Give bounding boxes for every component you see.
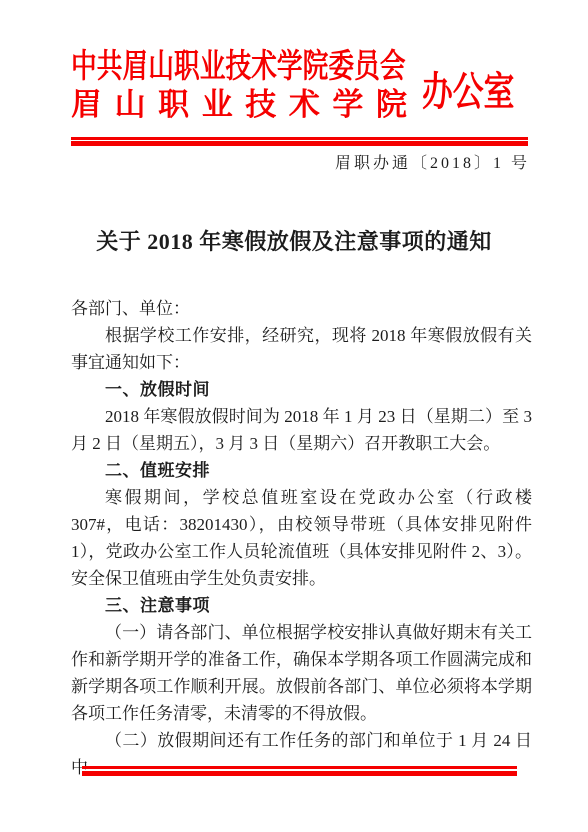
red-rule-top	[71, 137, 528, 146]
intro-paragraph: 根据学校工作安排，经研究，现将 2018 年寒假放假有关事宜通知如下：	[71, 322, 532, 376]
section-2-heading: 二、值班安排	[71, 457, 532, 484]
red-rule-bottom	[82, 766, 517, 776]
doc-title: 关于 2018 年寒假放假及注意事项的通知	[0, 227, 588, 257]
org-name-committee: 中共眉山职业技术学院委员会	[71, 49, 333, 85]
office-label: 办公室	[422, 70, 514, 114]
doc-body: 各部门、单位： 根据学校工作安排，经研究，现将 2018 年寒假放假有关事宜通知…	[71, 295, 532, 781]
red-rule-bottom-thick-stripe	[82, 771, 517, 776]
red-rule-top-thick-stripe	[71, 141, 528, 146]
section-3-heading: 三、注意事项	[71, 592, 532, 619]
doc-number: 眉职办通〔2018〕1 号	[335, 154, 530, 174]
section-1-heading: 一、放假时间	[71, 376, 532, 403]
document-page: 中共眉山职业技术学院委员会 眉山职业技术学院 办公室 眉职办通〔2018〕1 号…	[0, 0, 588, 832]
org-name-college: 眉山职业技术学院	[71, 88, 407, 122]
section-3-paragraph-1: （一）请各部门、单位根据学校安排认真做好期末有关工作和新学期开学的准备工作，确保…	[71, 619, 532, 727]
section-2-paragraph: 寒假期间，学校总值班室设在党政办公室（行政楼 307#，电话：38201430）…	[71, 484, 532, 592]
salutation: 各部门、单位：	[71, 295, 532, 322]
section-1-paragraph: 2018 年寒假放假时间为 2018 年 1 月 23 日（星期二）至 3 月 …	[71, 403, 532, 457]
org-name-block: 中共眉山职业技术学院委员会 眉山职业技术学院	[71, 49, 407, 122]
